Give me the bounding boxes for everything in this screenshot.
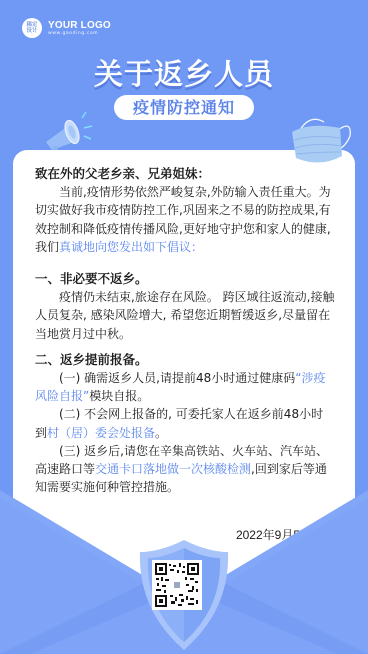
- item1-post: 模块自报。: [89, 389, 149, 403]
- section2-item1: (一) 确需返乡人员,请提前48小时通过健康码“涉疫风险自报”模块自报。: [35, 369, 335, 405]
- section2-item2: (二) 不会网上报备的, 可委托家人在返乡前48小时到村（居）委会处报备。: [35, 405, 335, 441]
- item1-text: (一) 确需返乡人员,请提前48小时通过健康码: [59, 371, 295, 385]
- logo-url: www.gaoding.com: [48, 31, 111, 37]
- poster: 稿定 设计 YOUR LOGO www.gaoding.com 关于返乡人员 疫…: [0, 0, 368, 654]
- intro-paragraph: 当前,疫情形势依然严峻复杂,外防输入责任重大。为切实做好我市疫情防控工作,巩固来…: [35, 183, 335, 256]
- item2-highlight: 村（居）委会处报备: [47, 426, 155, 440]
- face-mask-icon: [280, 112, 360, 172]
- section1-heading: 一、非必要不返乡。: [35, 270, 335, 288]
- logo-title: YOUR LOGO: [48, 20, 111, 31]
- logo-badge-line2: 设计: [26, 28, 37, 34]
- logo-badge: 稿定 设计: [22, 18, 42, 38]
- notice-body: 致在外的父老乡亲、兄弟姐妹： 当前,疫情形势依然严峻复杂,外防输入责任重大。为切…: [35, 165, 335, 496]
- item3-highlight: 交通卡口落地做一次核酸检测: [95, 462, 251, 476]
- section2-item3: (三) 返乡后,请您在辛集高铁站、火车站、汽车站、高速路口等交通卡口落地做一次核…: [35, 442, 335, 497]
- page-title: 关于返乡人员: [0, 52, 368, 93]
- section1-text: 疫情仍未结束,旅途存在风险。 跨区域往返流动,接触人员复杂, 感染风险增大, 希…: [35, 288, 335, 343]
- logo-text: YOUR LOGO www.gaoding.com: [48, 20, 111, 37]
- qr-code[interactable]: [152, 560, 202, 610]
- intro-highlight: 真诚地向您发出如下倡议：: [59, 240, 203, 254]
- subtitle-pill: 疫情防控通知: [114, 95, 254, 120]
- greeting: 致在外的父老乡亲、兄弟姐妹：: [35, 165, 335, 183]
- logo: 稿定 设计 YOUR LOGO www.gaoding.com: [22, 18, 111, 38]
- item2-post: 。: [155, 426, 167, 440]
- section2-heading: 二、返乡提前报备。: [35, 351, 335, 369]
- qr-code-graphic: [155, 563, 199, 607]
